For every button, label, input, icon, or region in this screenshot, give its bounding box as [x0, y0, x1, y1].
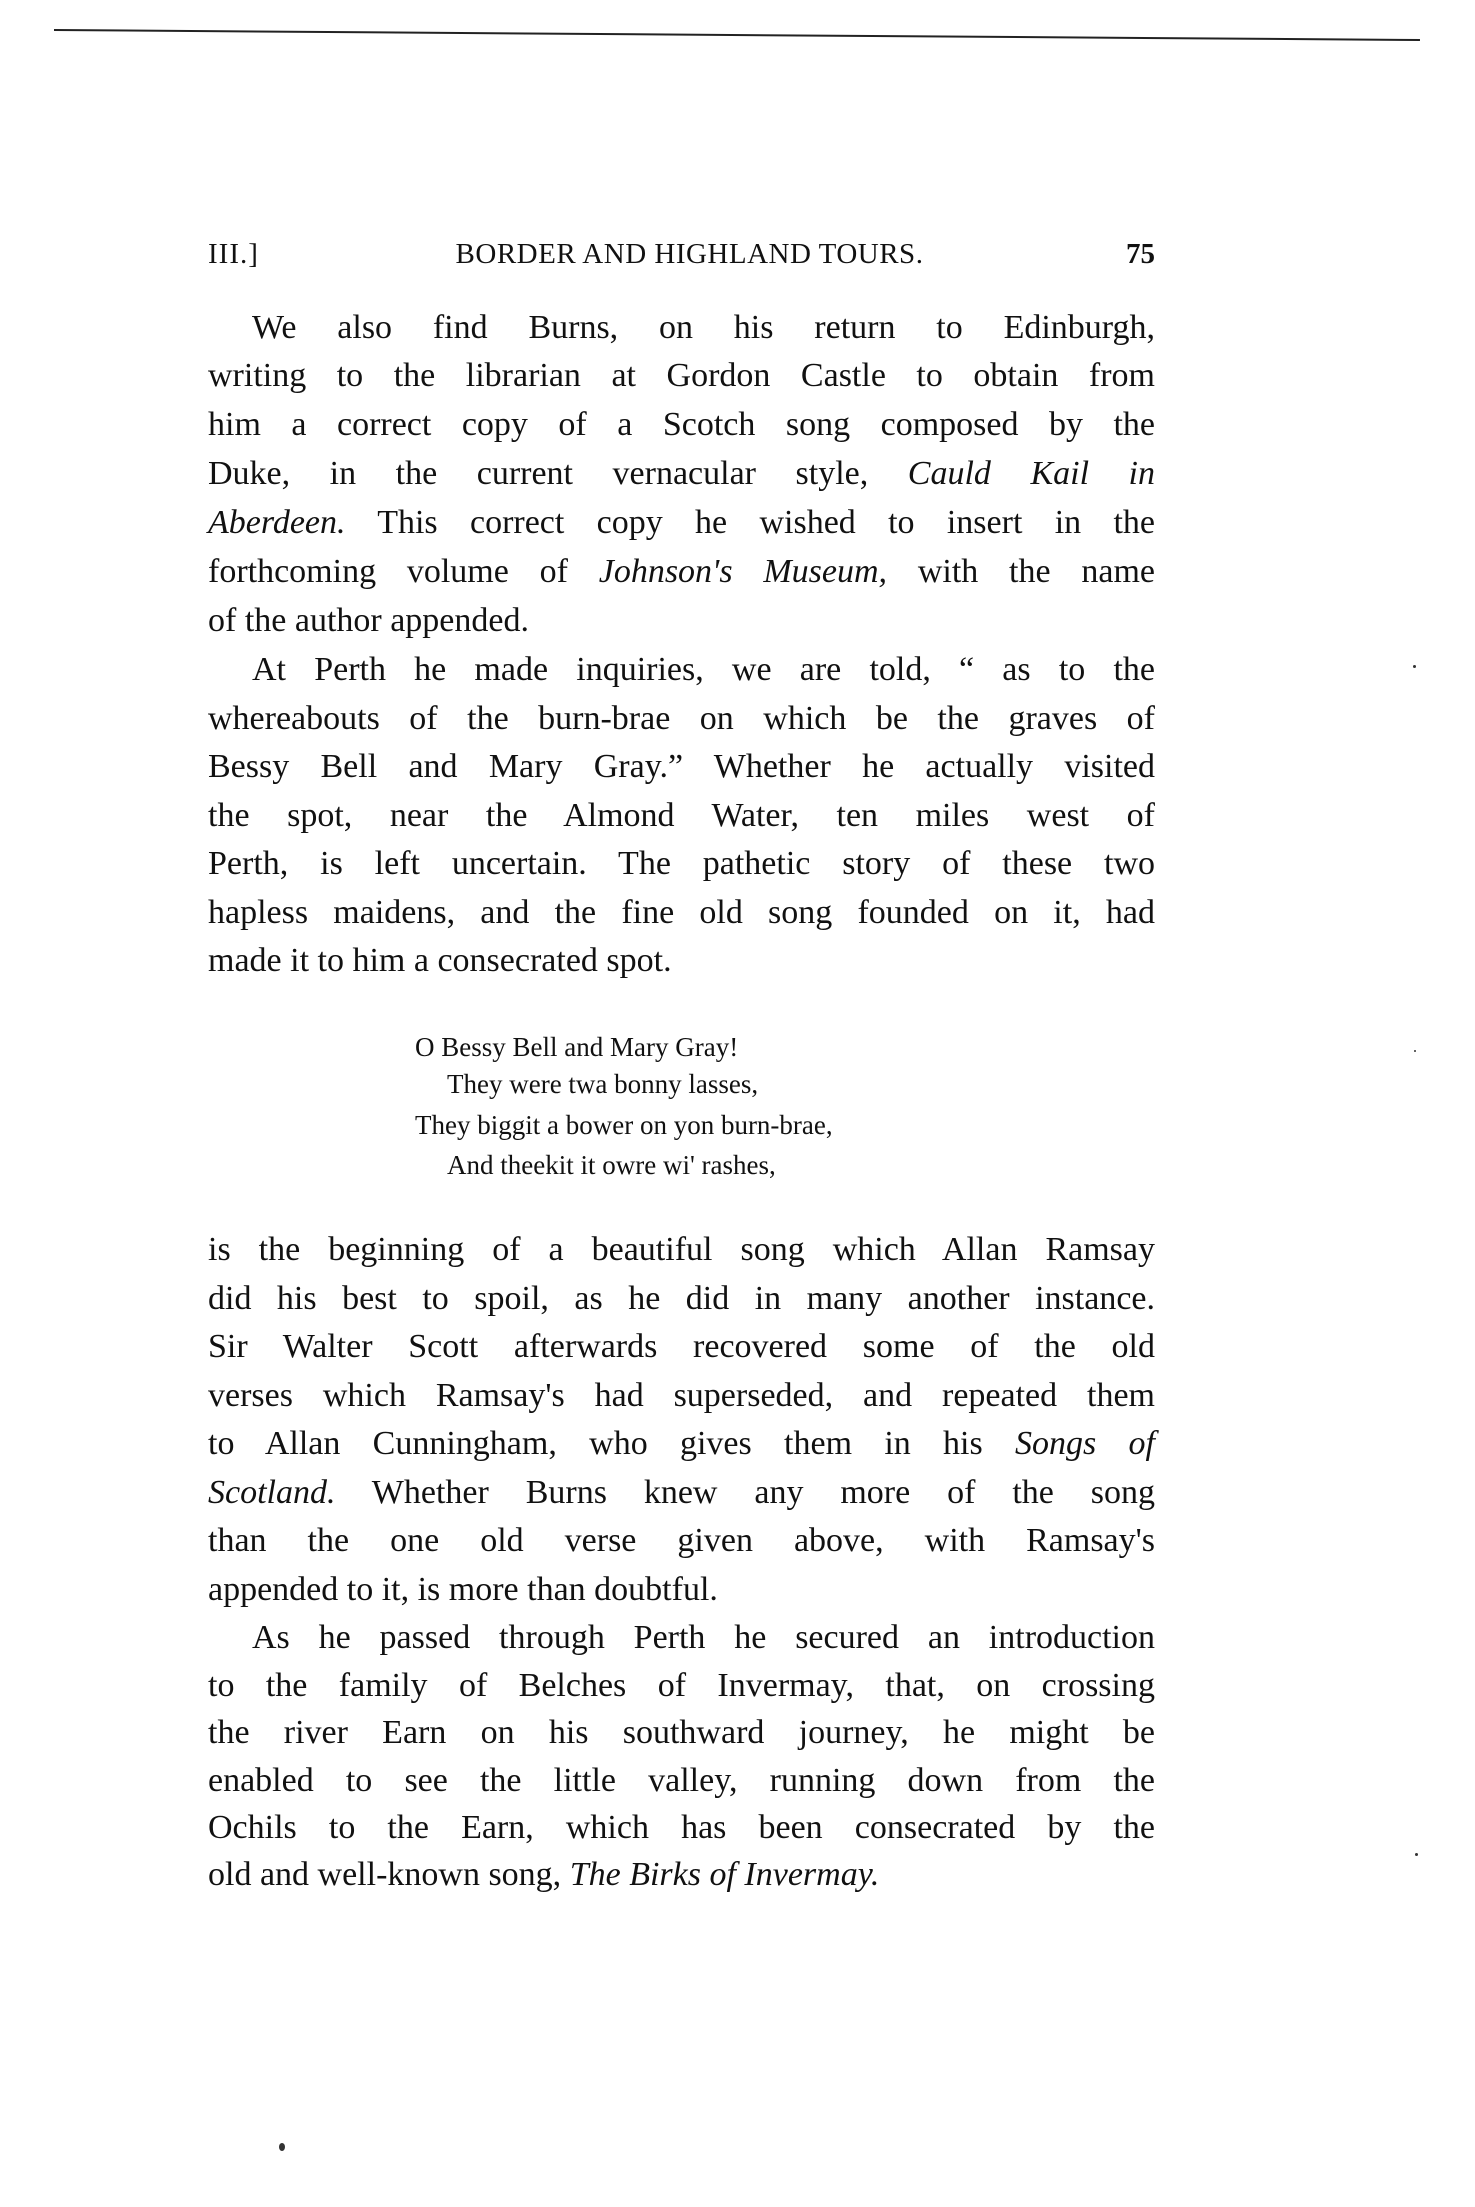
text-line: Aberdeen. This correct copy he wished to… [208, 501, 1155, 545]
text-span: Duke, in the current vernacular style, [208, 455, 868, 492]
verse-line: And theekit it owre wi' rashes, [447, 1147, 776, 1183]
book-page: III.] BORDER AND HIGHLAND TOURS. 75 We a… [0, 0, 1475, 2207]
text-line: We also find Burns, on his return to Edi… [252, 306, 1155, 350]
text-line: to Allan Cunningham, who gives them in h… [208, 1422, 1155, 1466]
text-span: to Allan Cunningham, who gives them in h… [208, 1425, 983, 1462]
italic-title: Songs of [1015, 1425, 1155, 1462]
text-line: Perth, is left uncertain. The pathetic s… [208, 842, 1155, 886]
italic-title: Scotland. [208, 1474, 335, 1511]
scan-speck [1413, 665, 1416, 668]
text-line: the river Earn on his southward journey,… [208, 1711, 1155, 1755]
text-line: forthcoming volume of Johnson's Museum, … [208, 550, 1155, 594]
running-title: BORDER AND HIGHLAND TOURS. [412, 236, 967, 272]
text-line: made it to him a consecrated spot. [208, 939, 1155, 983]
scan-speck [1415, 1853, 1418, 1856]
text-line: Scotland. Whether Burns knew any more of… [208, 1471, 1155, 1515]
scan-speck [1414, 1050, 1416, 1052]
text-line: old and well-known song, The Birks of In… [208, 1853, 1155, 1897]
text-line: writing to the librarian at Gordon Castl… [208, 354, 1155, 398]
text-line: Ochils to the Earn, which has been conse… [208, 1806, 1155, 1850]
italic-title: The Birks of Invermay. [570, 1856, 880, 1893]
scan-edge-rule [54, 29, 1420, 41]
italic-title: Cauld Kail in [908, 455, 1155, 492]
running-head: III.] BORDER AND HIGHLAND TOURS. 75 [208, 236, 1155, 272]
text-line: enabled to see the little valley, runnin… [208, 1759, 1155, 1803]
text-line: verses which Ramsay's had superseded, an… [208, 1374, 1155, 1418]
text-line: Duke, in the current vernacular style, C… [208, 452, 1155, 496]
verse-line: They biggit a bower on yon burn-brae, [415, 1107, 833, 1143]
italic-title: Johnson's Museum, [599, 553, 887, 590]
text-line: As he passed through Perth he secured an… [252, 1616, 1155, 1660]
verse-line: O Bessy Bell and Mary Gray! [415, 1029, 738, 1065]
verse-line: They were twa bonny lasses, [447, 1066, 758, 1102]
text-span: Whether Burns knew any more of the song [372, 1474, 1155, 1511]
text-span: forthcoming volume of [208, 553, 568, 590]
page-number: 75 [1126, 236, 1155, 272]
text-line: him a correct copy of a Scotch song comp… [208, 403, 1155, 447]
text-line: whereabouts of the burn-brae on which be… [208, 697, 1155, 741]
text-line: is the beginning of a beautiful song whi… [208, 1228, 1155, 1272]
text-line: hapless maidens, and the fine old song f… [208, 891, 1155, 935]
scan-speck [279, 2143, 285, 2151]
text-line: did his best to spoil, as he did in many… [208, 1277, 1155, 1321]
text-line: appended to it, is more than doubtful. [208, 1568, 1155, 1612]
text-line: than the one old verse given above, with… [208, 1519, 1155, 1563]
italic-title: Aberdeen. [208, 504, 346, 541]
text-span: This correct copy he wished to insert in… [377, 504, 1155, 541]
text-span: with the name [918, 553, 1155, 590]
text-line: to the family of Belches of Invermay, th… [208, 1664, 1155, 1708]
text-line: Sir Walter Scott afterwards recovered so… [208, 1325, 1155, 1369]
text-span: old and well-known song, [208, 1856, 561, 1893]
text-line: At Perth he made inquiries, we are told,… [252, 648, 1155, 692]
chapter-number: III.] [208, 236, 259, 272]
text-line: Bessy Bell and Mary Gray.” Whether he ac… [208, 745, 1155, 789]
text-line: the spot, near the Almond Water, ten mil… [208, 794, 1155, 838]
text-line: of the author appended. [208, 599, 1155, 643]
